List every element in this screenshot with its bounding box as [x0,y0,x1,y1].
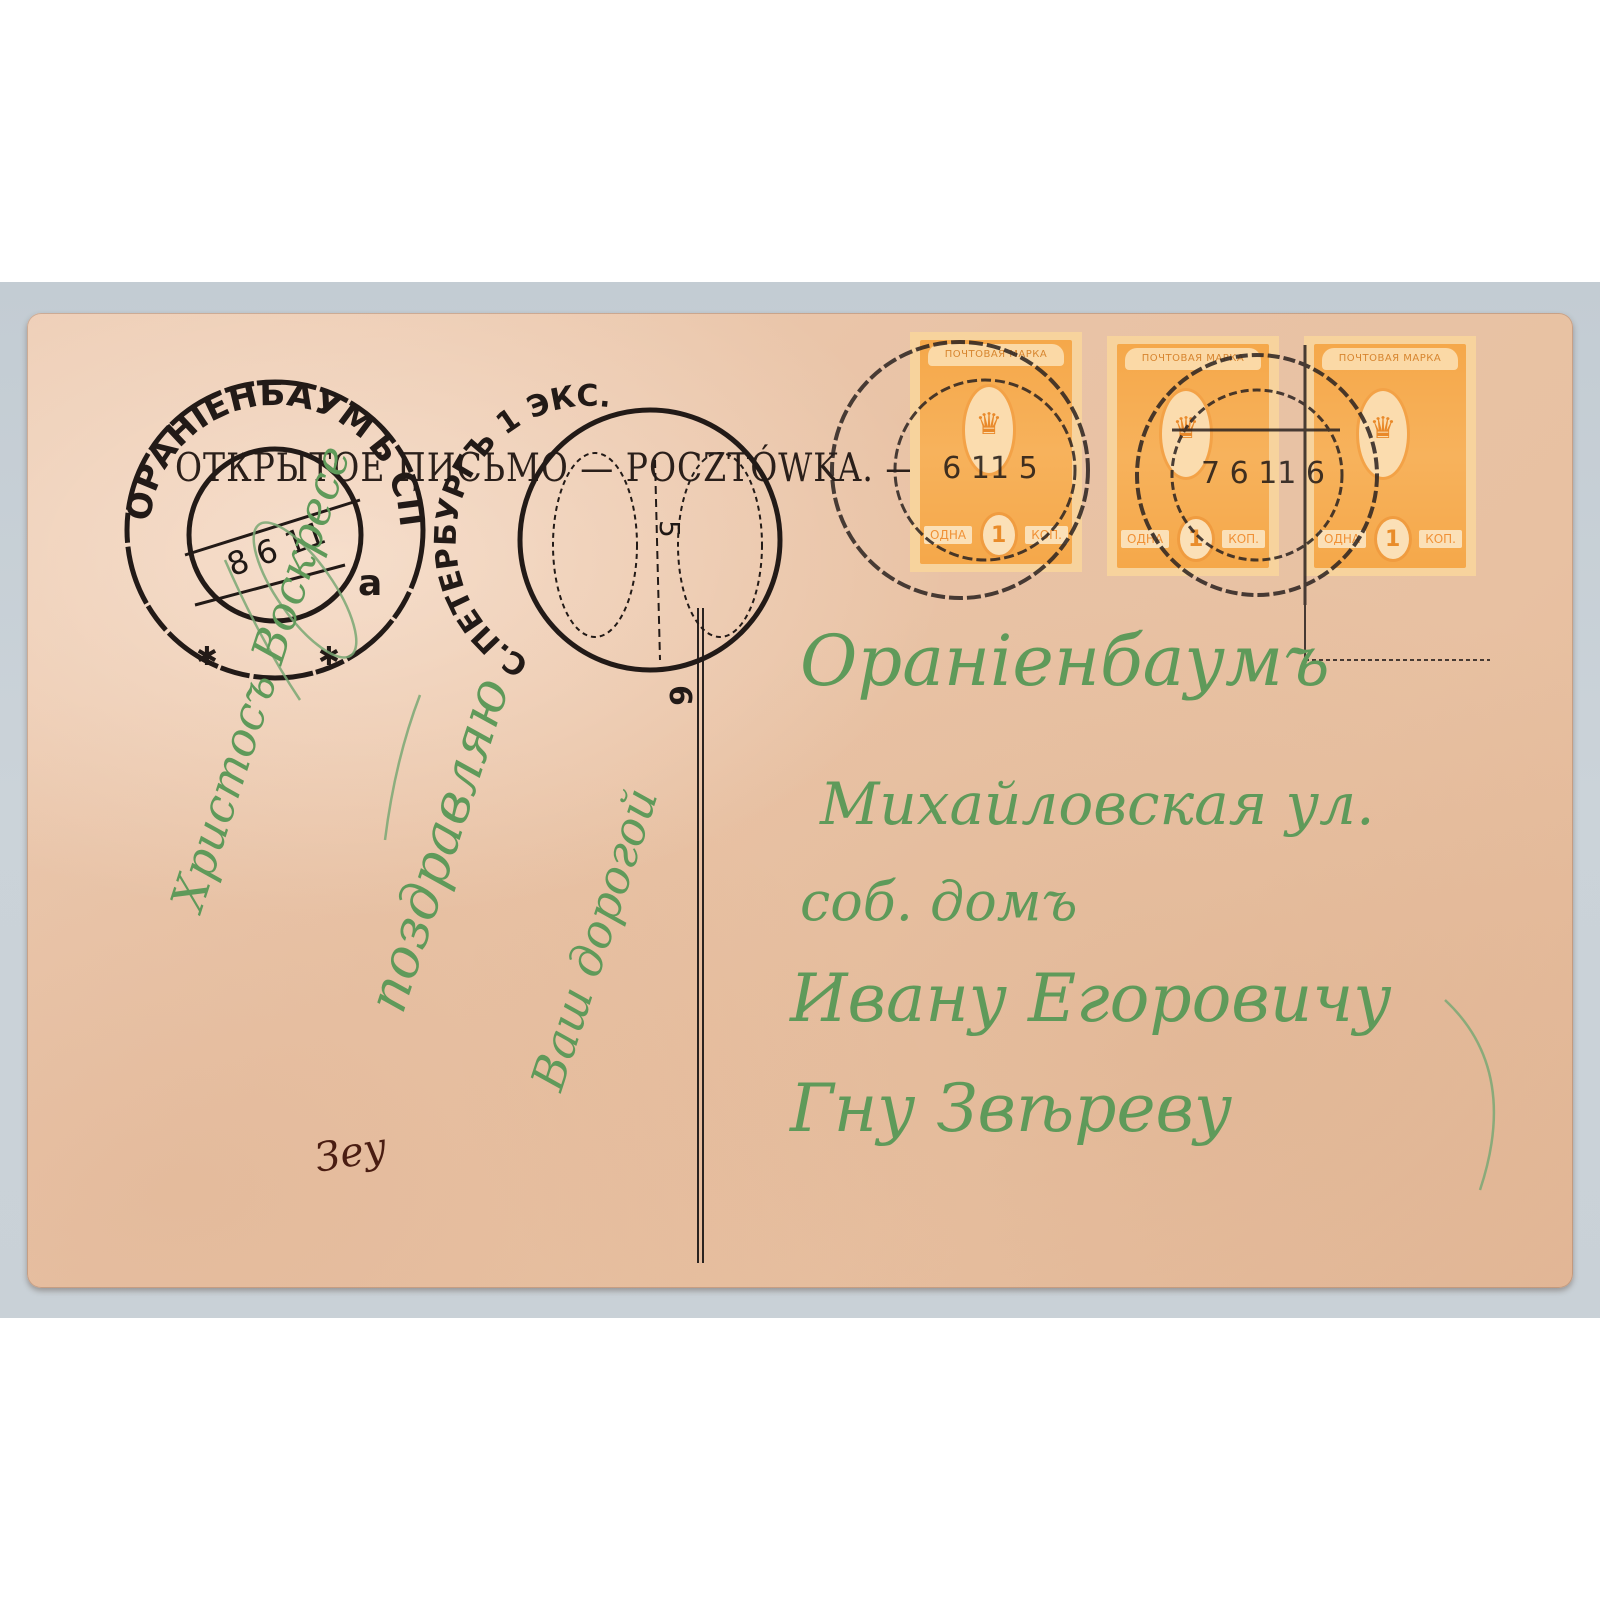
star-icon: ✱ [196,642,218,672]
postmark-stamp-2-3-cancel [1137,345,1490,660]
address-line-1: Ораніенбаумъ [800,620,1330,702]
address-line-4: Ивану Егоровичу [790,960,1392,1037]
postmark-st-petersburg [520,410,780,670]
postmark-letter: 6 [662,685,697,706]
postmark-ring-text: ОРАНІЕНБАУМЪ СПБ. [0,0,432,529]
address-line-5: Гну Звѣреву [790,1070,1232,1147]
address-line-2: Михайловская ул. [820,770,1375,838]
postmark-letter: а [358,563,382,604]
postmark-date: 5 [653,520,686,538]
address-line-3: соб. домъ [800,870,1078,933]
postmark-date: 6 11 5 [942,451,1037,486]
postmark-date: 7 6 11 6 [1201,456,1325,491]
